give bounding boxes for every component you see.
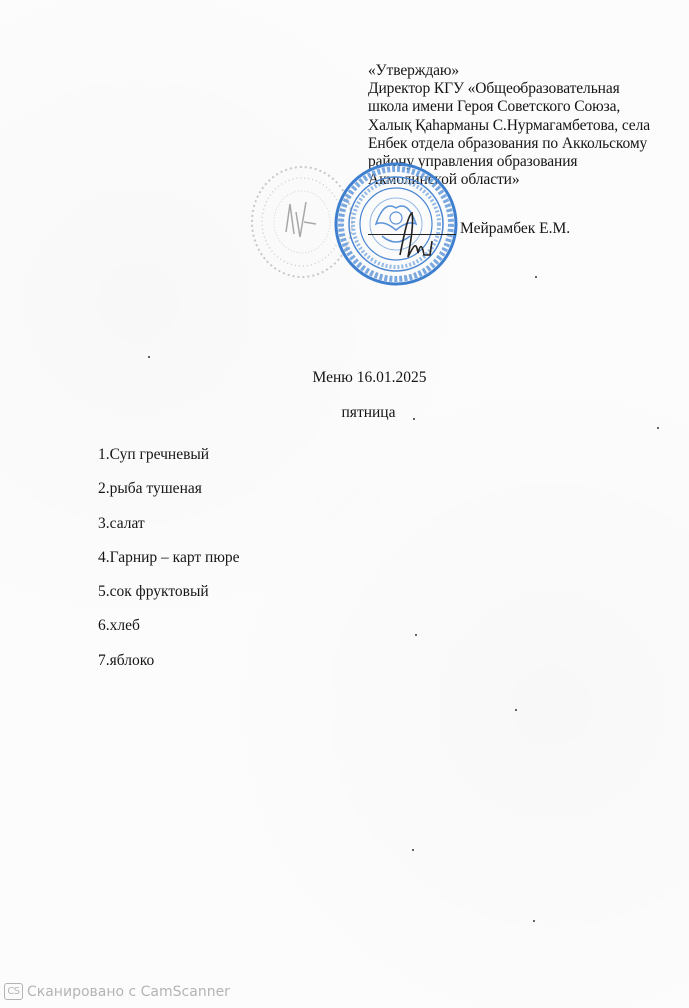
camscanner-logo-icon: CS [4, 983, 23, 1000]
approval-line: школа имени Героя Советского Союза, [368, 98, 668, 116]
menu-day: пятница [0, 404, 689, 422]
approval-heading: «Утверждаю» [368, 62, 668, 80]
scan-speck [412, 849, 414, 851]
approval-line: Директор КГУ «Общеобразовательная [368, 80, 668, 98]
menu-item: 3.салат [98, 515, 240, 549]
signatory-name: Мейрамбек Е.М. [460, 220, 570, 238]
menu-item: 6.хлеб [98, 617, 240, 651]
scan-speck [535, 276, 537, 278]
approval-line: Халық Қаһарманы С.Нурмагамбетова, села [368, 117, 668, 135]
scan-speck [415, 634, 417, 636]
menu-item: 1.Суп гречневый [98, 446, 240, 480]
menu-title: Меню 16.01.2025 [0, 369, 689, 387]
scan-speck [148, 356, 150, 358]
menu-list: 1.Суп гречневый 2.рыба тушеная 3.салат 4… [98, 446, 240, 686]
scan-speck [515, 709, 517, 711]
menu-item: 2.рыба тушеная [98, 480, 240, 514]
scan-speck [520, 88, 522, 90]
scanned-document-page: «Утверждаю» Директор КГУ «Общеобразовате… [0, 0, 689, 1008]
scan-speck [657, 427, 659, 429]
menu-item: 7.яблоко [98, 652, 240, 686]
menu-item: 5.сок фруктовый [98, 583, 240, 617]
handwritten-signature-icon [390, 205, 440, 265]
watermark-text: Сканировано с CamScanner [27, 984, 230, 1000]
menu-item: 4.Гарнир – карт пюре [98, 549, 240, 583]
camscanner-watermark: CS Сканировано с CamScanner [4, 983, 230, 1000]
scan-speck [533, 920, 535, 922]
scan-speck [413, 418, 415, 420]
approval-line: Енбек отдела образования по Аккольскому [368, 135, 668, 153]
